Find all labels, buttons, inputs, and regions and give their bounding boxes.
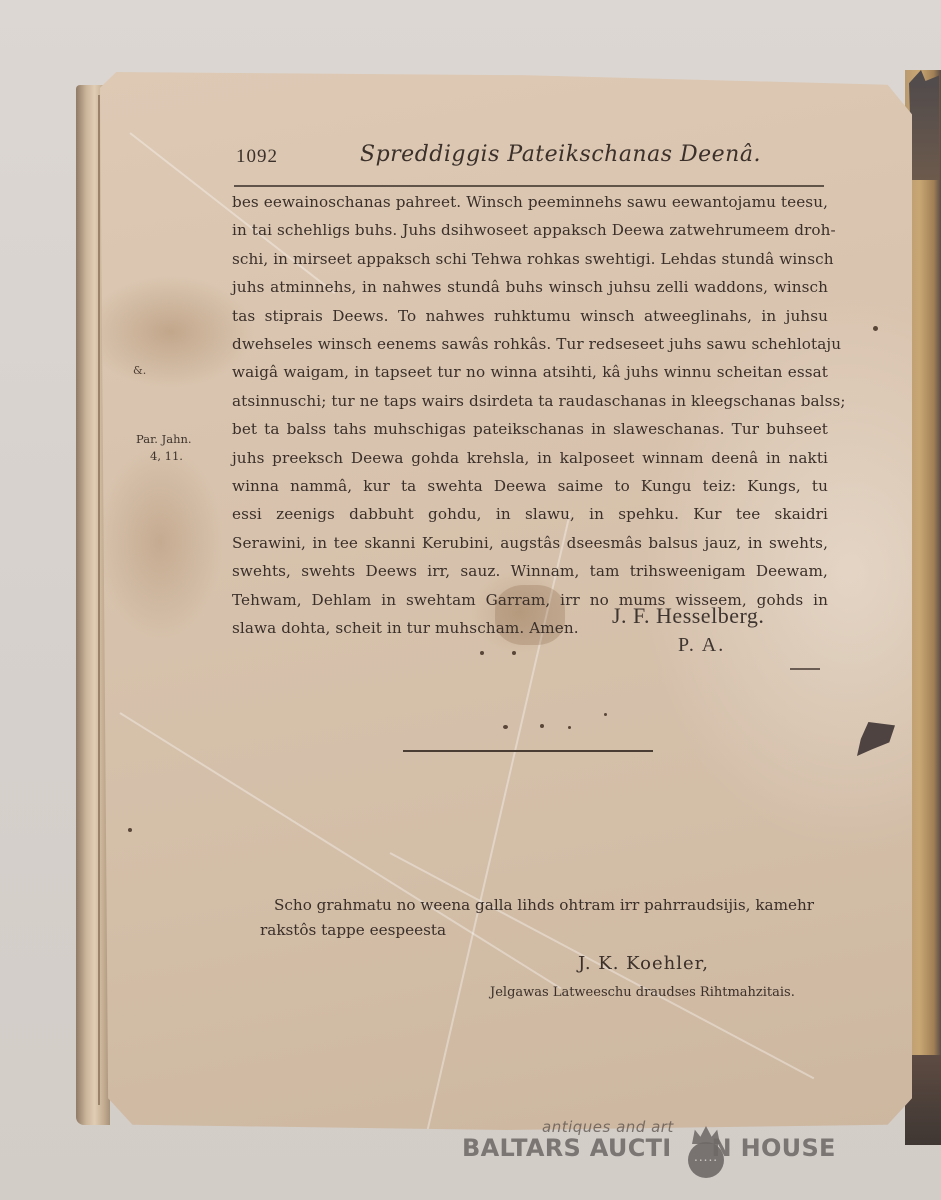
approval-note: Scho grahmatu no weena galla lihds ohtra… (260, 893, 826, 943)
ink-spot (128, 828, 132, 832)
text-line: winna nammâ, kur ta swehta Deewa saime t… (232, 472, 828, 500)
ink-spot (873, 326, 878, 331)
ink-spot (512, 651, 516, 655)
approval-line: rakstôs tappe eespeesta (260, 918, 826, 943)
approver-title: Jelgawas Latweeschu draudses Rihtmahzita… (490, 985, 795, 1000)
small-dash (790, 668, 820, 670)
signature-title: P. A. (678, 634, 725, 657)
margin-reference-book: Par. Jahn. (136, 431, 226, 448)
text-line: bet ta balss tahs muhschigas pateikschan… (232, 415, 828, 443)
watermark-brand-part2: N HOUSE (712, 1134, 836, 1162)
approval-line: Scho grahmatu no weena galla lihds ohtra… (260, 893, 826, 918)
signature-name: J. F. Hesselberg. (612, 603, 764, 629)
text-line: in tai schehligs buhs. Juhs dsihwoseet a… (232, 216, 828, 244)
watermark-brand-part1: BALTARS AUCTI (462, 1134, 672, 1162)
text-line: essi zeenigs dabbuht gohdu, in slawu, in… (232, 500, 828, 528)
running-title: Spreddiggis Pateikschanas Deenâ. (360, 142, 761, 167)
text-line: swehts, swehts Deews irr, sauz. Winnam, … (232, 557, 828, 585)
margin-reference-verse: 4, 11. (136, 448, 226, 465)
crown-orb-logo-icon (688, 1126, 724, 1178)
margin-mark: &. (133, 364, 146, 377)
section-divider (403, 750, 653, 752)
text-line: bes eewainoschanas pahreet. Winsch peemi… (232, 188, 828, 216)
text-line: waigâ waigam, in tapseet tur no winna at… (232, 358, 828, 386)
ink-spot (568, 726, 571, 729)
text-line: juhs atminnehs, in nahwes stundâ buhs wi… (232, 273, 828, 301)
page-number: 1092 (236, 146, 278, 168)
margin-note: Par. Jahn. 4, 11. (136, 431, 226, 465)
ink-spot (503, 725, 508, 729)
text-line: atsinnuschi; tur ne taps wairs dsirdeta … (232, 387, 828, 415)
text-line: juhs preeksch Deewa gohda krehsla, in ka… (232, 444, 828, 472)
ink-spot (604, 713, 607, 716)
approver-name: J. K. Koehler, (578, 953, 709, 974)
watermark: antiques and art BALTARS AUCTIN HOUSE (462, 1118, 862, 1178)
text-line: schi, in mirseet appaksch schi Tehwa roh… (232, 245, 828, 273)
paper-crease (119, 712, 561, 989)
torn-binding-top (909, 70, 939, 180)
text-line: dwehseles winsch eenems sawâs rohkâs. Tu… (232, 330, 828, 358)
text-line: Serawini, in tee skanni Kerubini, augstâ… (232, 529, 828, 557)
ink-spot (480, 651, 484, 655)
running-head: 1092 Spreddiggis Pateikschanas Deenâ. (236, 140, 826, 180)
watermark-brand: BALTARS AUCTIN HOUSE (462, 1134, 836, 1162)
orb-icon (688, 1142, 724, 1178)
text-line: tas stiprais Deews. To nahwes ruhktumu w… (232, 302, 828, 330)
ink-spot (540, 724, 544, 728)
body-text: bes eewainoschanas pahreet. Winsch peemi… (232, 188, 828, 643)
header-rule (234, 185, 824, 187)
